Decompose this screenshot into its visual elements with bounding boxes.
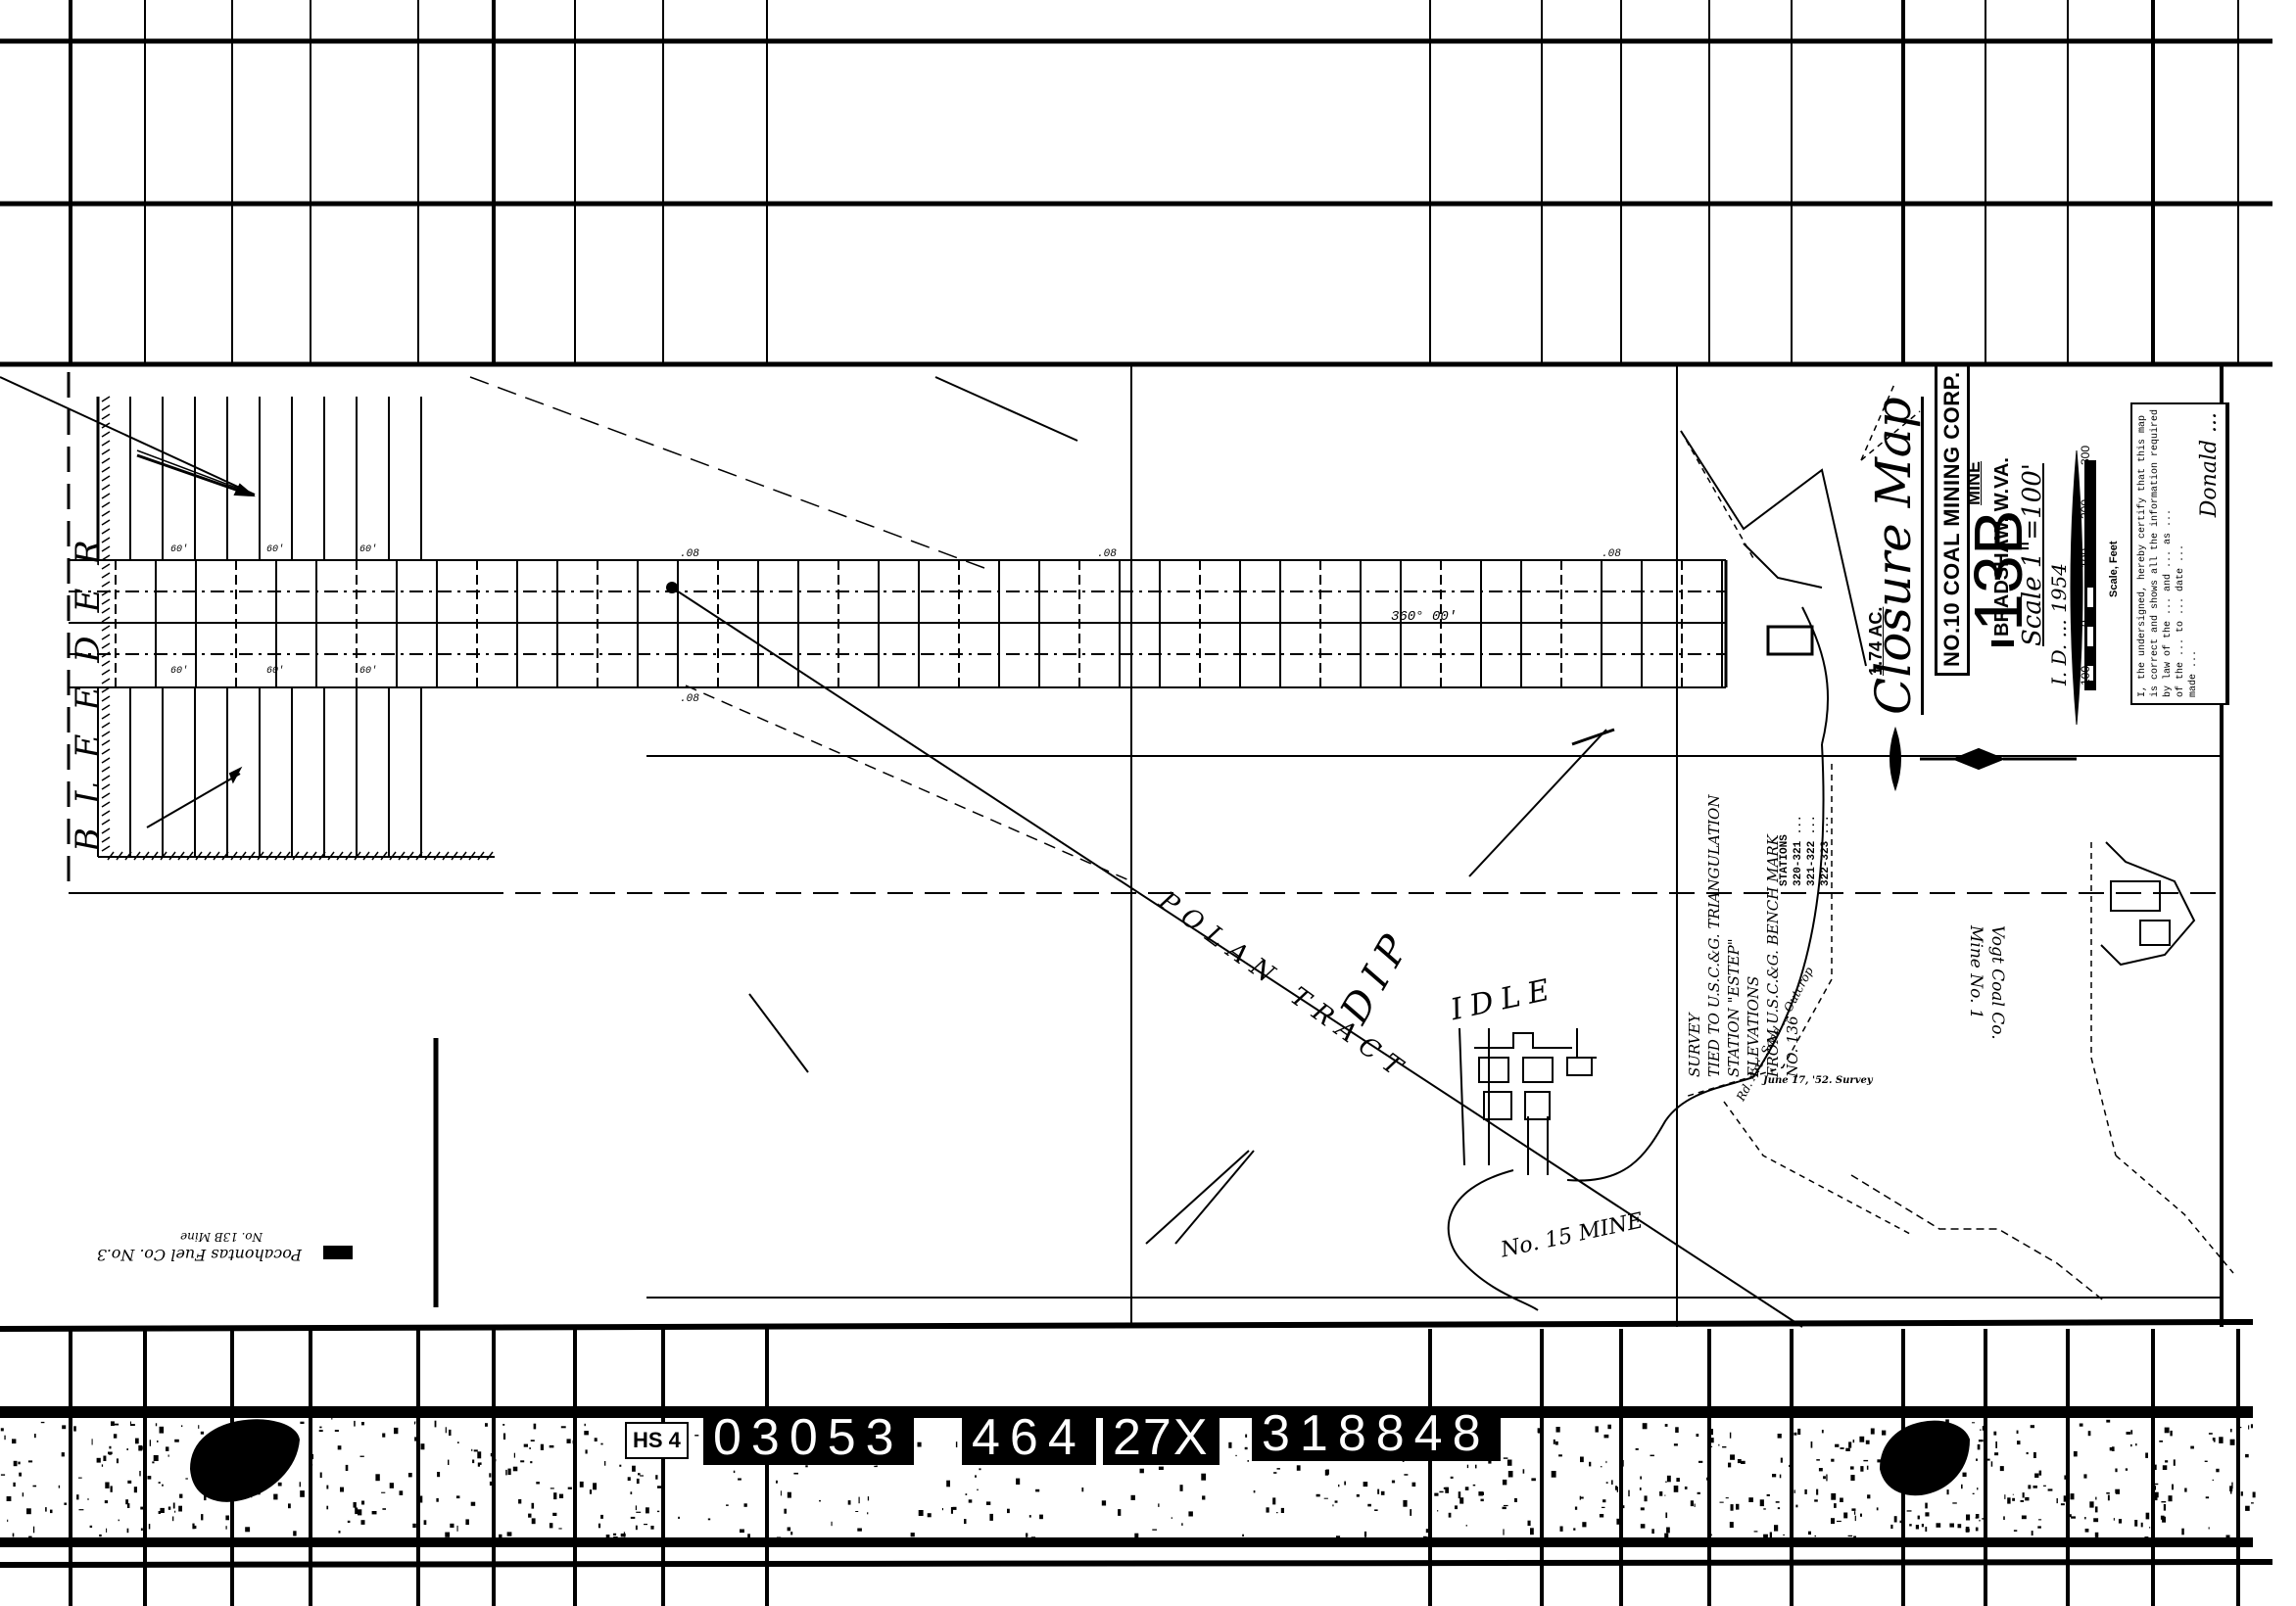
grid-label: .08 (680, 693, 699, 705)
neighbor-line: Vogt Coal Co. (1986, 925, 2008, 1040)
neighbor-mine-left: Pocahontas Fuel Co. No.3 No. 13B Mine (97, 1228, 302, 1263)
map-drawing (0, 0, 2296, 1606)
scale-bar-tick: 0 (2079, 620, 2092, 627)
location-block: BRADSHAW, W.VA. (1991, 457, 2014, 646)
signature: Donald ... (2197, 412, 2222, 517)
scale-bar-tick: 300 (2079, 446, 2092, 465)
title-block: Closure Map (1866, 460, 1924, 715)
stations-note-line: 320-321 ... (1792, 815, 1805, 886)
neighbor-line: Pocahontas Fuel Co. No.3 (97, 1246, 302, 1263)
stations-note: STATIONS 320-321 ... 321-322 ... 322-323… (1778, 815, 1833, 886)
stations-note-line: 322-323 ... (1819, 815, 1833, 886)
survey-note-line: TIED TO U.S.C.&G. TRIANGULATION (1704, 795, 1724, 1077)
neighbor-line: No. 13B Mine (97, 1228, 302, 1246)
grid-label: 60' (170, 544, 188, 555)
survey-note-line: STATION "ESTEP" (1724, 795, 1744, 1077)
neighbor-line: Mine No. 1 (1965, 925, 1986, 1040)
grid-label: 60' (170, 666, 188, 677)
scale-bar-tick: 100 (2079, 548, 2092, 568)
certification-text: I, the undersigned, hereby certify that … (2132, 404, 2204, 703)
grid-label: 60' (359, 666, 377, 677)
stations-note-line: STATIONS (1778, 815, 1792, 886)
location: BRADSHAW, W.VA. (1991, 457, 2014, 646)
survey-note-line: ELEVATIONS (1744, 795, 1763, 1077)
film-document-number: 318848 (1252, 1406, 1501, 1461)
bearing-label: 360° 00' (1391, 609, 1457, 625)
grid-label: .08 (680, 548, 699, 560)
grid-label: .08 (1097, 548, 1117, 560)
scale-bar-tick: 100 (2079, 666, 2092, 685)
stations-note-line: 321-322 ... (1805, 815, 1819, 886)
film-frame-number: 464 (962, 1410, 1096, 1465)
film-roll-number: 03053 (703, 1410, 914, 1465)
neighbor-mine-right: Vogt Coal Co. Mine No. 1 (1965, 925, 2008, 1040)
certification-box: I, the undersigned, hereby certify that … (2130, 402, 2229, 705)
grid-label: 60' (266, 666, 284, 677)
film-code: 27X (1103, 1410, 1220, 1465)
scale-bar-tick: 200 (2079, 499, 2092, 519)
acreage-label: 1.74 AC. (1866, 607, 1887, 676)
bleeder-label: BLEEDER (69, 516, 108, 852)
mine-suffix: MINE (1964, 461, 1984, 505)
mine-workings-grid (69, 397, 1726, 893)
grid-label: .08 (1602, 548, 1621, 560)
survey-note-line: SURVEY (1685, 795, 1704, 1077)
grid-label: 60' (266, 544, 284, 555)
survey-date-note: June 17, '52. Survey (1763, 1075, 1873, 1086)
scale-bar-label: Scale, Feet (2108, 542, 2120, 597)
grid-label: 60' (359, 544, 377, 555)
scale-text: Scale 1"=100' (2018, 463, 2047, 646)
film-hs-label: HS 4 (625, 1422, 689, 1459)
signature-note: I. D. ... 1954 (2047, 563, 2071, 685)
top-grid-band (0, 0, 2272, 364)
